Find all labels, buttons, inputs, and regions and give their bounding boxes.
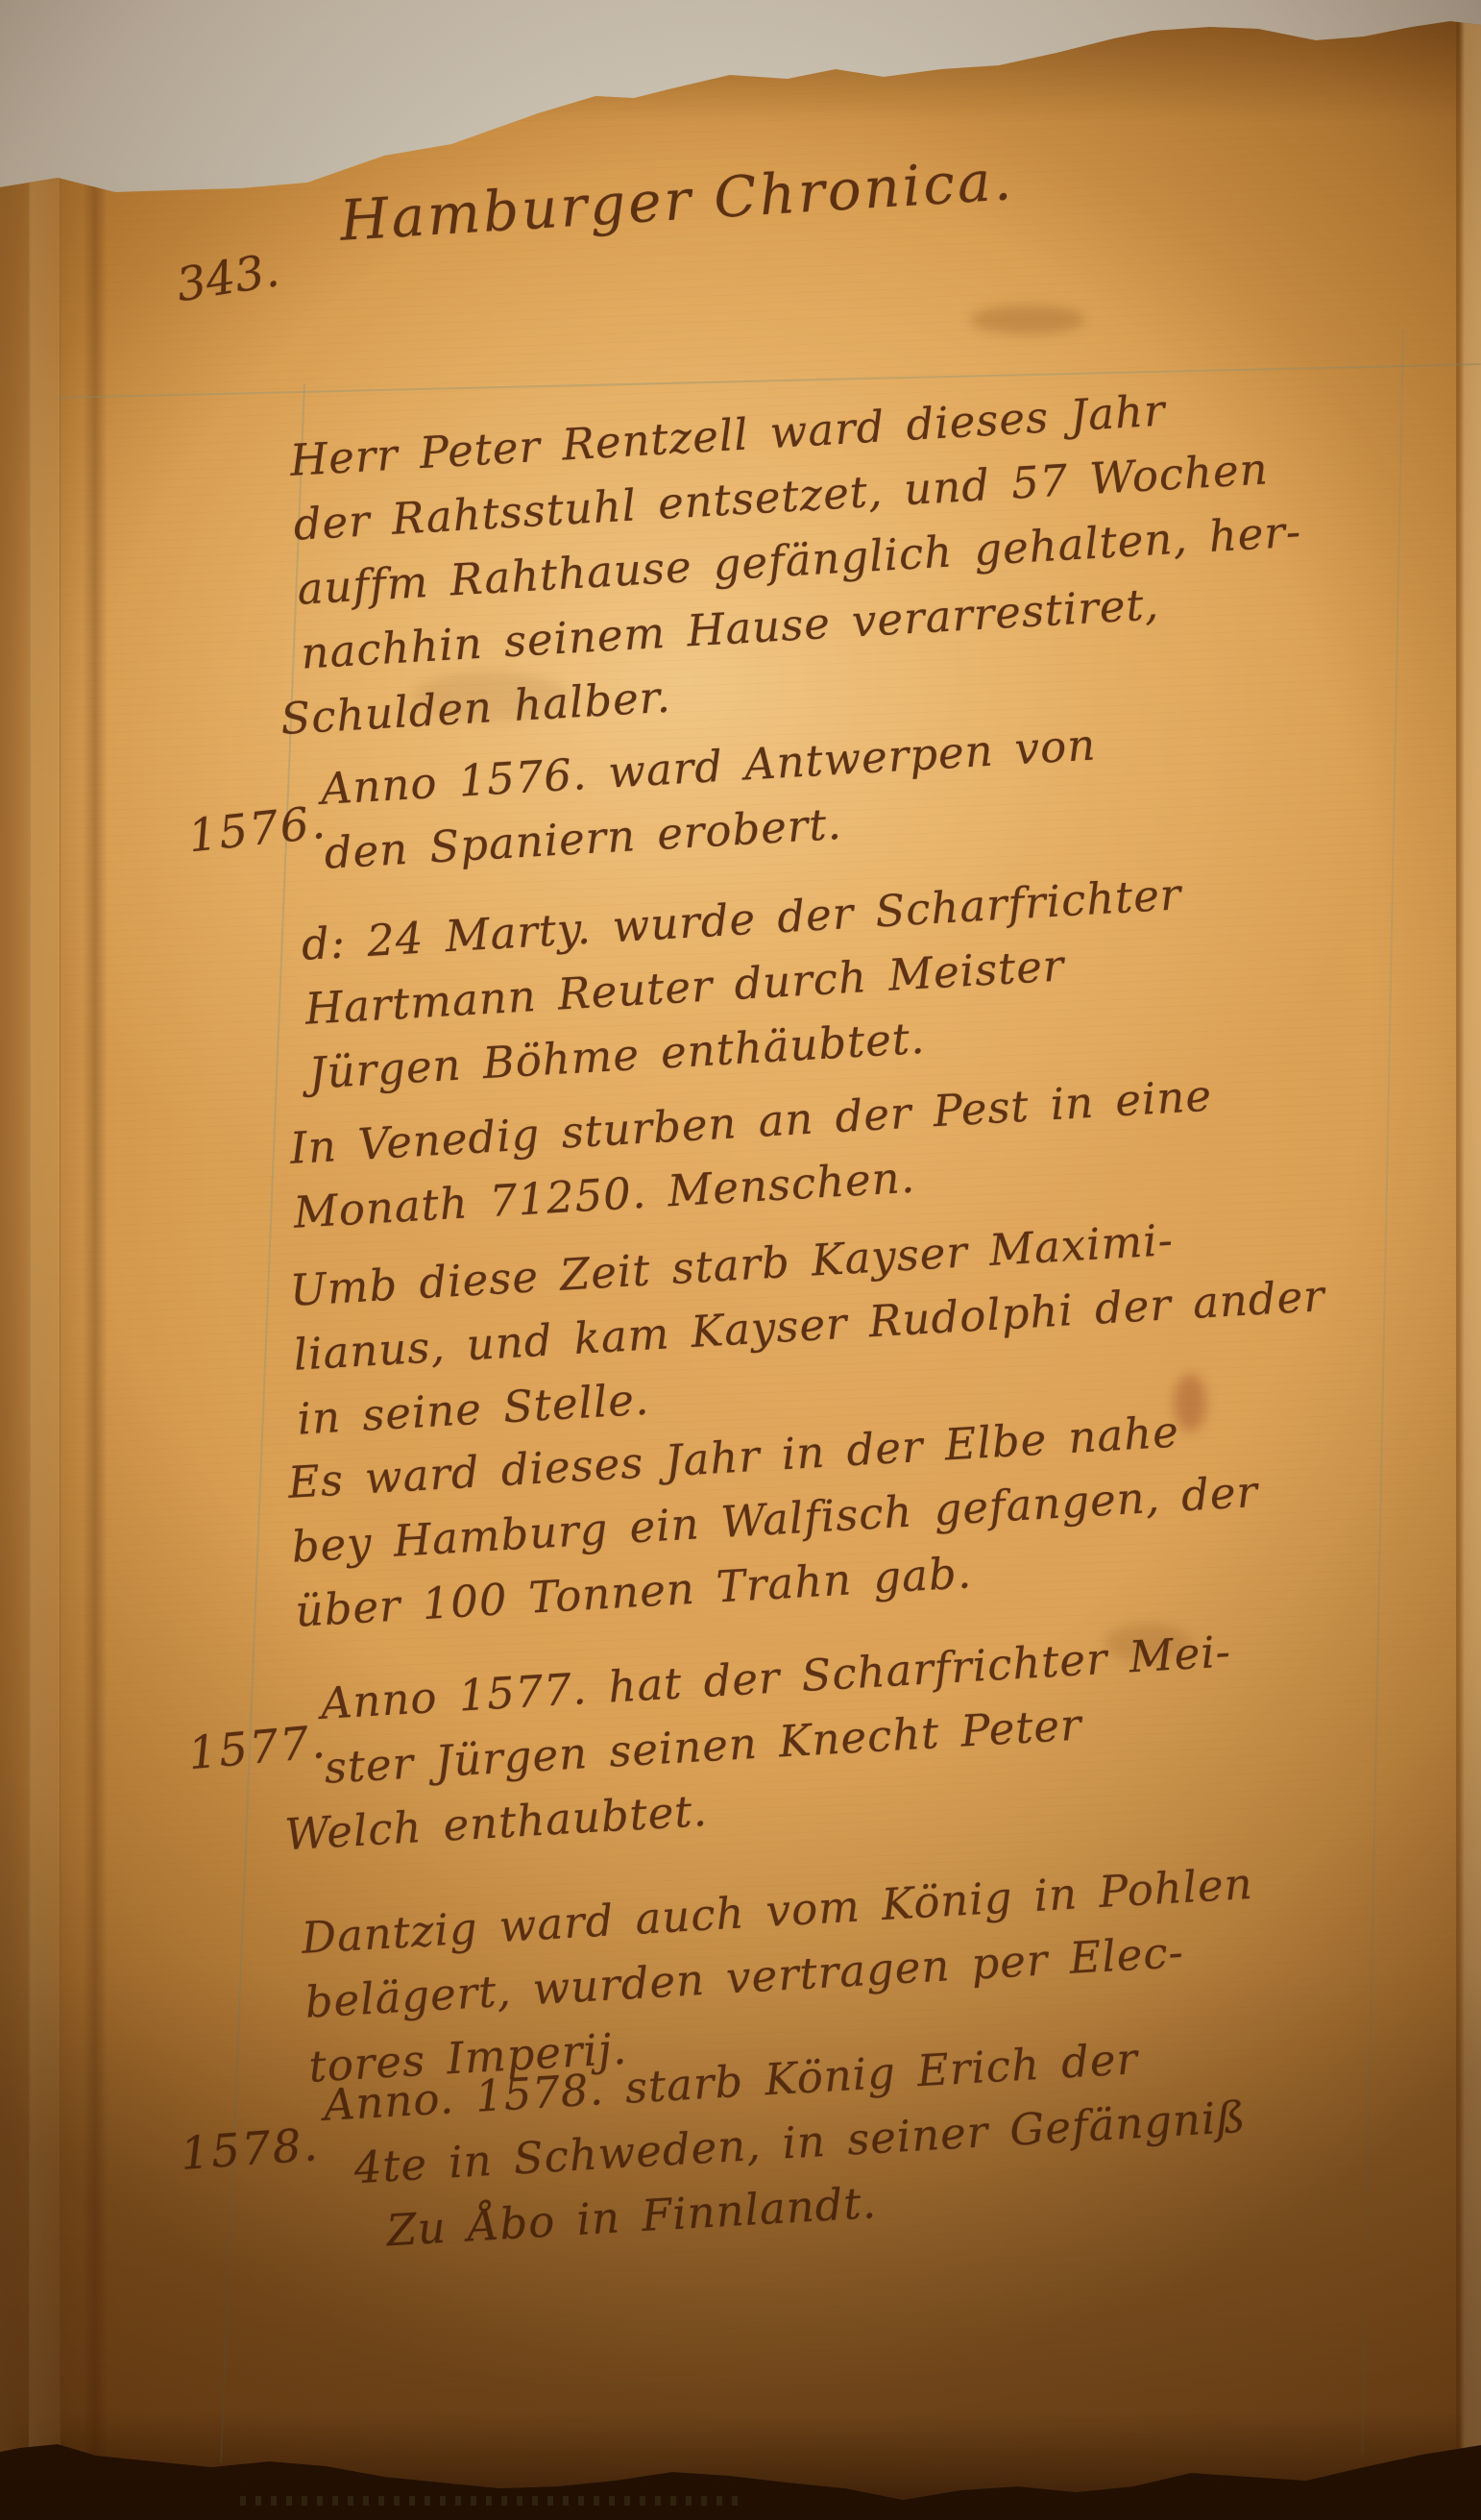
- ink-stain: [970, 306, 1085, 334]
- chronicle-entry-1577: Anno 1577. hat der Scharfrichter Mei- st…: [319, 1619, 1240, 1864]
- spine-page-edge: [0, 144, 31, 2469]
- spine-page-edge: [29, 154, 61, 2459]
- margin-year-1576: 1576.: [186, 796, 330, 864]
- page-crease: [83, 183, 108, 2459]
- adjacent-page-edge: [1456, 19, 1481, 2464]
- chronicle-entry: Herr Peter Rentzell ward dieses Jahr der…: [288, 371, 1311, 750]
- ruled-right-margin-line: [1362, 331, 1404, 2455]
- margin-year-1577: 1577.: [186, 1716, 329, 1780]
- page-number: 343.: [173, 243, 282, 312]
- bottom-edge-glints: [240, 2496, 740, 2506]
- manuscript-page: Hamburger Chronica. 343. 1576. 1577. 157…: [0, 0, 1481, 2520]
- chronicle-entry: d: 24 Marty. wurde der Scharfrichter Har…: [300, 862, 1191, 1105]
- page-title: Hamburger Chronica.: [338, 147, 1016, 254]
- manuscript-scan: Hamburger Chronica. 343. 1576. 1577. 157…: [0, 0, 1481, 2520]
- margin-year-1578: 1578.: [179, 2118, 321, 2181]
